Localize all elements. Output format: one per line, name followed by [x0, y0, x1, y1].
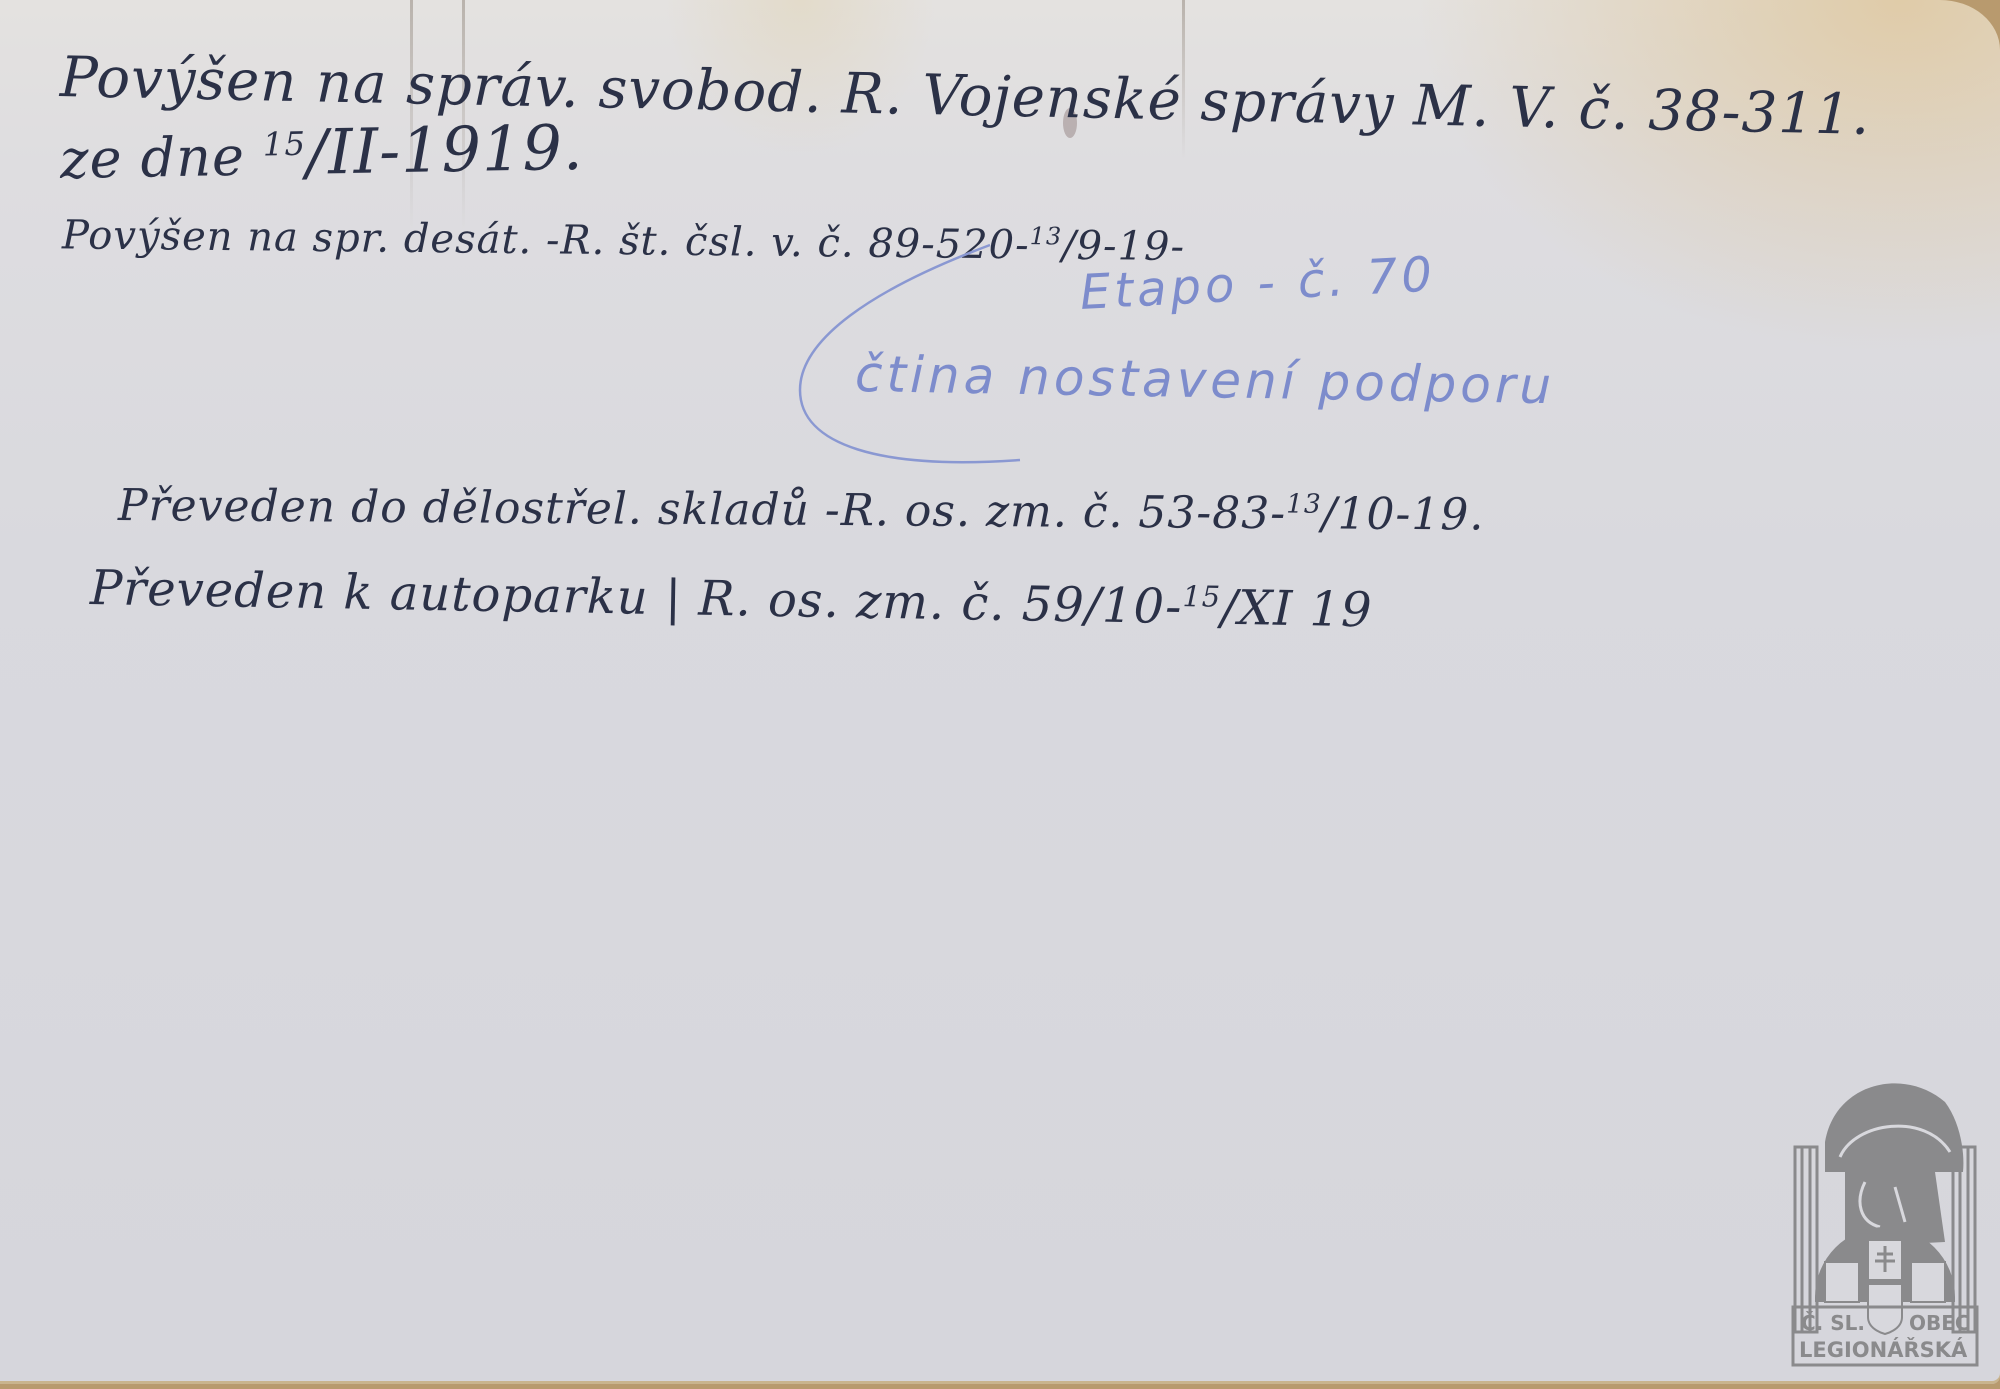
date-prefix: ze dne	[60, 125, 246, 191]
entry-text: Převeden k autoparku | R. os. zm. č. 59/…	[90, 560, 1183, 635]
date-day: 15	[1182, 579, 1221, 614]
entry-transfer-autopark: Převeden k autoparku | R. os. zm. č. 59/…	[90, 560, 1374, 638]
entry-transfer-artillery: Převeden do dělostřel. skladů -R. os. zm…	[118, 480, 1485, 541]
logo-text-obec: OBEC	[1909, 1311, 1970, 1335]
record-card: Povýšen na správ. svobod. R. Vojenské sp…	[0, 0, 2000, 1384]
logo-text-legionarska: LEGIONÁŘSKÁ	[1799, 1337, 1968, 1362]
blue-annotation-line2: čtina nostavení podporu	[854, 345, 1555, 415]
date-rest: /XI 19	[1220, 580, 1373, 639]
date-rest: /10-19.	[1322, 488, 1485, 540]
entry-text: Převeden do dělostřel. skladů -R. os. zm…	[118, 480, 1286, 539]
entry-date-line: ze dne 15/II-1919.	[59, 111, 584, 193]
date-rest: /II-1919.	[306, 111, 585, 189]
logo-text-csl: Č. SL.	[1801, 1311, 1865, 1335]
date-day: 15	[263, 125, 307, 164]
soldier-helmet-icon	[1825, 1083, 1963, 1247]
csol-legionnaire-logo: Č. SL. OBEC LEGIONÁŘSKÁ	[1785, 1062, 1985, 1367]
date-day: 13	[1286, 488, 1322, 519]
